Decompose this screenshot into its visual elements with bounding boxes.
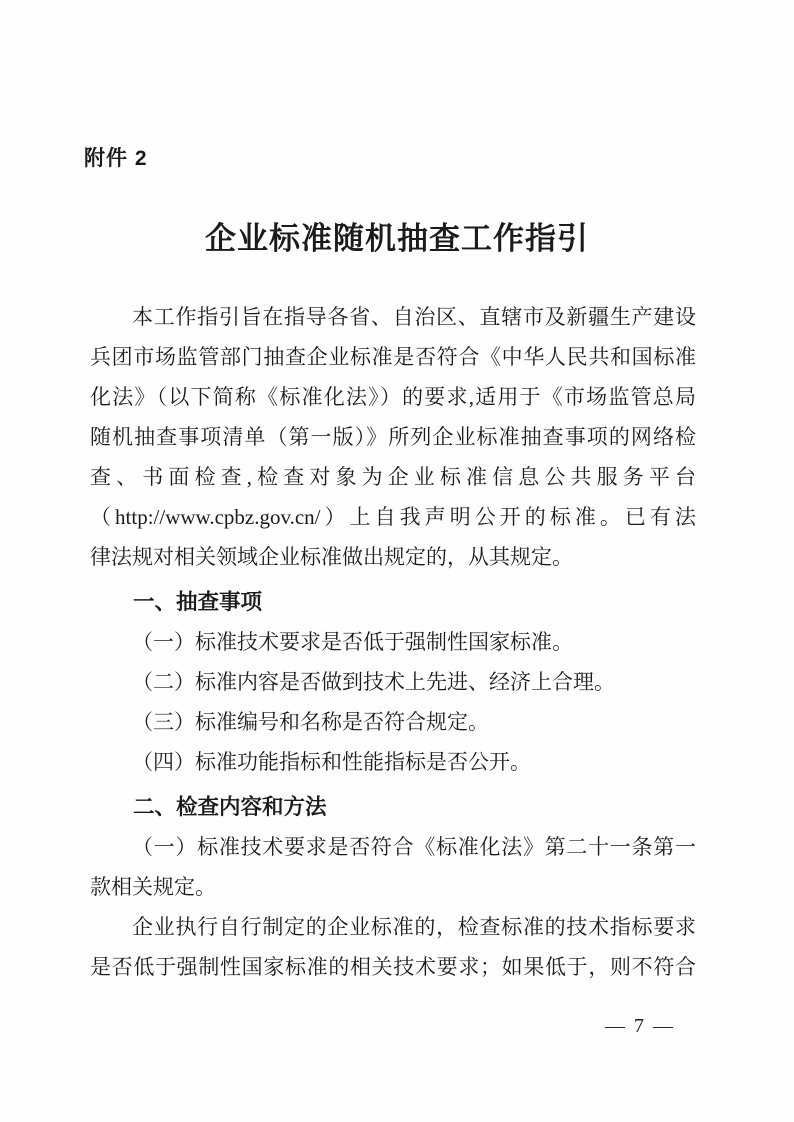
page-number: — 7 — — [594, 1015, 686, 1038]
intro-line: 律法规对相关领域企业标准做出规定的，从其规定。 — [90, 537, 696, 577]
section2-paragraph-line: 企业执行自行制定的企业标准的，检查标准的技术指标要求 — [90, 907, 696, 947]
document-title: 企业标准随机抽查工作指引 — [0, 213, 794, 258]
list-item: （三）标准编号和名称是否符合规定。 — [90, 702, 696, 742]
section2-heading: 二、检查内容和方法 — [90, 787, 696, 827]
list-item: （二）标准内容是否做到技术上先进、经济上合理。 — [90, 662, 696, 702]
intro-line: 查、书面检查,检查对象为企业标准信息公共服务平台 — [90, 457, 696, 497]
section2-item-line: 款相关规定。 — [90, 867, 696, 907]
section2-item-line: （一）标准技术要求是否符合《标准化法》第二十一条第一 — [90, 827, 696, 867]
intro-line: 本工作指引旨在指导各省、自治区、直辖市及新疆生产建设 — [90, 297, 696, 337]
section2-paragraph-line: 是否低于强制性国家标准的相关技术要求；如果低于，则不符合 — [90, 947, 696, 987]
intro-line: 随机抽查事项清单（第一版）》所列企业标准抽查事项的网络检 — [90, 417, 696, 457]
list-item: （一）标准技术要求是否低于强制性国家标准。 — [90, 622, 696, 662]
intro-line: 兵团市场监管部门抽查企业标准是否符合《中华人民共和国标准 — [90, 337, 696, 377]
document-body: 本工作指引旨在指导各省、自治区、直辖市及新疆生产建设 兵团市场监管部门抽查企业标… — [90, 297, 696, 987]
intro-line: 化法》（以下简称《标准化法》）的要求,适用于《市场监管总局 — [90, 377, 696, 417]
list-item: （四）标准功能指标和性能指标是否公开。 — [90, 742, 696, 782]
intro-line: （http://www.cpbz.gov.cn/）上自我声明公开的标准。已有法 — [90, 497, 696, 537]
attachment-label: 附件 2 — [84, 142, 148, 172]
section1-heading: 一、抽查事项 — [90, 582, 696, 622]
document-page: 附件 2 企业标准随机抽查工作指引 本工作指引旨在指导各省、自治区、直辖市及新疆… — [0, 0, 794, 1122]
